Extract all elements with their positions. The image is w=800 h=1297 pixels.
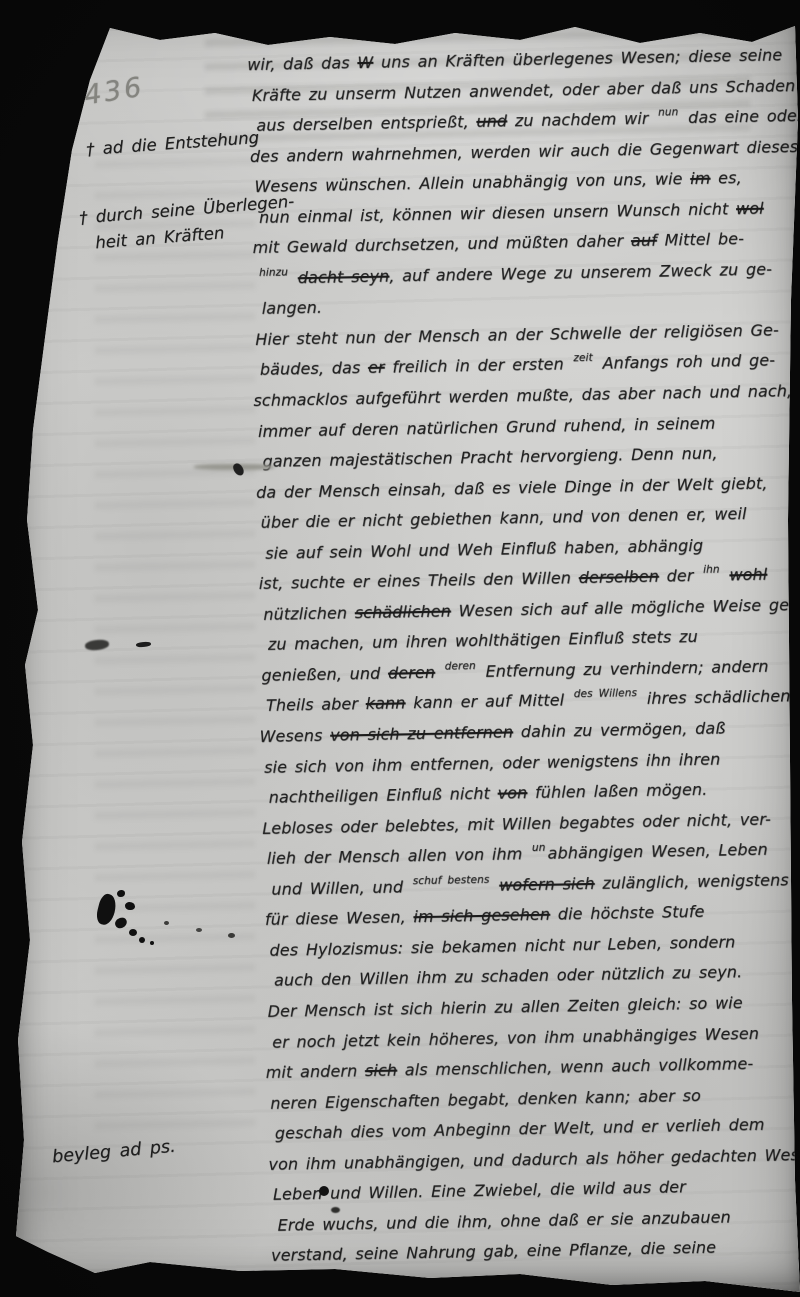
margin-note-beylage: beyleg ad ps. [51,1137,176,1168]
ink-blot [150,941,154,945]
pencil-mark-x: x [24,204,36,223]
ink-blot [196,928,202,932]
ink-blot [228,933,235,938]
ink-blot [164,921,169,925]
bleedthrough-ghost-left [95,150,255,1150]
scan-background: 436 x † ad die Entstehung † durch seine … [0,0,800,1297]
ink-blot [139,937,145,943]
ink-blot [331,1207,340,1213]
ink-blot [319,1186,329,1196]
ink-blot [117,890,125,897]
ink-blot [129,929,137,936]
ink-blot [125,902,135,910]
manuscript-paper: 436 x † ad die Entstehung † durch seine … [0,0,800,1297]
page-number-pencil: 436 [82,71,147,111]
manuscript-text-block: wir, daß das W uns an Kräften überlegene… [252,40,800,1272]
